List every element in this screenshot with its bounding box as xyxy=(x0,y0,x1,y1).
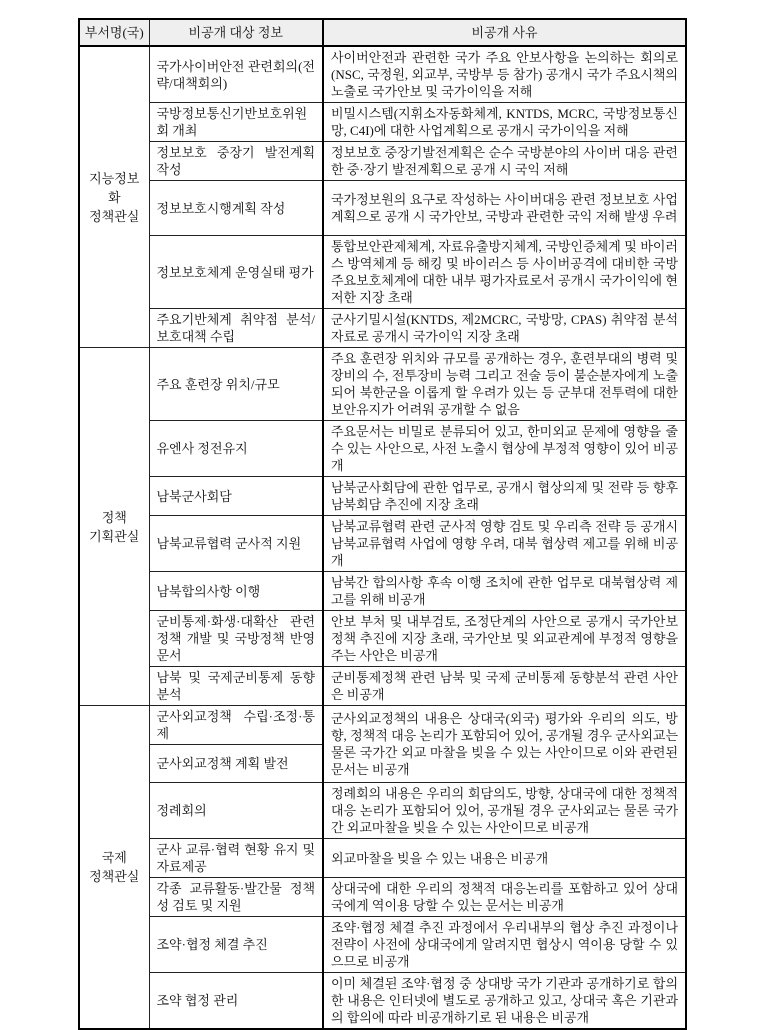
table-row: 남북교류협력 군사적 지원 남북교류협력 관련 군사적 영향 검토 및 우리측 … xyxy=(79,516,686,572)
nondisclosure-table: 부서명(국) 비공개 대상 정보 비공개 사유 지능정보화 정책관실 국가사이버… xyxy=(78,18,687,1030)
table-row: 유엔사 정전유지 주요문서는 비밀로 분류되어 있고, 한미외교 문제에 영향을… xyxy=(79,421,686,477)
reason-cell: 사이버안전과 관련한 국가 주요 안보사항을 논의하는 회의로(NSC, 국정원… xyxy=(323,46,686,103)
info-cell: 주요 훈련장 위치/규모 xyxy=(149,348,323,421)
reason-cell: 군비통제정책 관련 남북 및 국제 군비통제 동향분석 관련 사안은 비공개 xyxy=(323,667,686,706)
reason-cell: 군사외교정책의 내용은 상대국(외국) 평가와 우리의 의도, 방향, 정책적 … xyxy=(323,706,686,783)
info-cell: 남북합의사항 이행 xyxy=(149,572,323,611)
document-page: 부서명(국) 비공개 대상 정보 비공개 사유 지능정보화 정책관실 국가사이버… xyxy=(0,0,763,990)
reason-cell: 상대국에 대한 우리의 정책적 대응논리를 포함하고 있어 상대국에게 역이용 … xyxy=(323,878,686,917)
table-row: 정보보호 중장기 발전계획 작성 정보보호 중장기발전계획은 순수 국방분야의 … xyxy=(79,142,686,181)
info-cell: 주요기반체계 취약점 분석/보호대책 수립 xyxy=(149,309,323,348)
department-cell: 지능정보화 정책관실 xyxy=(79,46,149,348)
reason-cell: 주요문서는 비밀로 분류되어 있고, 한미외교 문제에 영향을 줄 수 있는 사… xyxy=(323,421,686,477)
table-row: 지능정보화 정책관실 국가사이버안전 관련회의(전략/대책회의) 사이버안전과 … xyxy=(79,46,686,103)
table-row: 남북 및 국제군비통제 동향 분석 군비통제정책 관련 남북 및 국제 군비통제… xyxy=(79,667,686,706)
table-row: 군비통제·화생·대확산 관련 정책 개발 및 국방정책 반영 문서 안보 부처 … xyxy=(79,611,686,667)
info-cell: 군사 교류·협력 현황 유지 및 자료제공 xyxy=(149,839,323,878)
reason-cell: 비밀시스템(지휘소자동화체계, KNTDS, MCRC, 국방정보통신망, C4… xyxy=(323,103,686,142)
info-cell: 조약 협정 관리 xyxy=(149,973,323,1030)
table-row: 남북합의사항 이행 남북간 합의사항 후속 이행 조치에 관한 업무로 대북협상… xyxy=(79,572,686,611)
reason-cell: 남북교류협력 관련 군사적 영향 검토 및 우리측 전략 등 공개시 남북교류협… xyxy=(323,516,686,572)
reason-cell: 이미 체결된 조약·협정 중 상대방 국가 기관과 공개하기로 합의한 내용은 … xyxy=(323,973,686,1030)
table-row: 각종 교류활동·발간물 정책성 검토 및 지원 상대국에 대한 우리의 정책적 … xyxy=(79,878,686,917)
info-cell: 각종 교류활동·발간물 정책성 검토 및 지원 xyxy=(149,878,323,917)
col-header-department: 부서명(국) xyxy=(79,19,149,46)
info-cell: 남북 및 국제군비통제 동향 분석 xyxy=(149,667,323,706)
table-header-row: 부서명(국) 비공개 대상 정보 비공개 사유 xyxy=(79,19,686,46)
info-cell: 정례회의 xyxy=(149,783,323,839)
info-cell: 정보보호 중장기 발전계획 작성 xyxy=(149,142,323,181)
table-row: 남북군사회담 남북군사회담에 관한 업무로, 공개시 협상의제 및 전략 등 향… xyxy=(79,477,686,516)
table-row: 정책 기획관실 주요 훈련장 위치/규모 주요 훈련장 위치와 규모를 공개하는… xyxy=(79,348,686,421)
table-row: 주요기반체계 취약점 분석/보호대책 수립 군사기밀시설(KNTDS, 제2MC… xyxy=(79,309,686,348)
info-cell: 정보보호시행계획 작성 xyxy=(149,181,323,236)
table-row: 정례회의 정례회의 내용은 우리의 회담의도, 방향, 상대국에 대한 정책적 … xyxy=(79,783,686,839)
info-cell: 남북교류협력 군사적 지원 xyxy=(149,516,323,572)
reason-cell: 통합보안관제체계, 자료유출방지체계, 국방인증체계 및 바이러스 방역체계 등… xyxy=(323,236,686,309)
reason-cell: 안보 부처 및 내부검토, 조정단계의 사안으로 공개시 국가안보 정책 추진에… xyxy=(323,611,686,667)
reason-cell: 정례회의 내용은 우리의 회담의도, 방향, 상대국에 대한 정책적 대응 논리… xyxy=(323,783,686,839)
info-cell: 정보보호체계 운영실태 평가 xyxy=(149,236,323,309)
info-cell: 국가사이버안전 관련회의(전략/대책회의) xyxy=(149,46,323,103)
table-row: 국제 정책관실 군사외교정책 수립·조정·통제 군사외교정책의 내용은 상대국(… xyxy=(79,706,686,745)
reason-cell: 조약·협정 체결 추진 과정에서 우리내부의 협상 추진 과정이나 전략이 사전… xyxy=(323,917,686,973)
table-row: 조약 협정 관리 이미 체결된 조약·협정 중 상대방 국가 기관과 공개하기로… xyxy=(79,973,686,1030)
table-row: 정보보호체계 운영실태 평가 통합보안관제체계, 자료유출방지체계, 국방인증체… xyxy=(79,236,686,309)
info-cell: 조약·협정 체결 추진 xyxy=(149,917,323,973)
info-cell: 군사외교정책 계획 발전 xyxy=(149,745,323,783)
reason-cell: 남북간 합의사항 후속 이행 조치에 관한 업무로 대북협상력 제고를 위해 비… xyxy=(323,572,686,611)
table-row: 군사 교류·협력 현황 유지 및 자료제공 외교마찰을 빚을 수 있는 내용은 … xyxy=(79,839,686,878)
department-cell: 국제 정책관실 xyxy=(79,706,149,1030)
info-cell: 군사외교정책 수립·조정·통제 xyxy=(149,706,323,745)
col-header-info: 비공개 대상 정보 xyxy=(149,19,323,46)
info-cell: 유엔사 정전유지 xyxy=(149,421,323,477)
reason-cell: 정보보호 중장기발전계획은 순수 국방분야의 사이버 대응 관련한 중·장기 발… xyxy=(323,142,686,181)
reason-cell: 군사기밀시설(KNTDS, 제2MCRC, 국방망, CPAS) 취약점 분석 … xyxy=(323,309,686,348)
reason-cell: 남북군사회담에 관한 업무로, 공개시 협상의제 및 전략 등 향후 남북회담 … xyxy=(323,477,686,516)
reason-cell: 외교마찰을 빚을 수 있는 내용은 비공개 xyxy=(323,839,686,878)
table-row: 정보보호시행계획 작성 국가정보원의 요구로 작성하는 사이버대응 관련 정보보… xyxy=(79,181,686,236)
col-header-reason: 비공개 사유 xyxy=(323,19,686,46)
info-cell: 남북군사회담 xyxy=(149,477,323,516)
reason-cell: 국가정보원의 요구로 작성하는 사이버대응 관련 정보보호 사업계획으로 공개 … xyxy=(323,181,686,236)
info-cell: 국방정보통신기반보호위원회 개최 xyxy=(149,103,323,142)
reason-cell: 주요 훈련장 위치와 규모를 공개하는 경우, 훈련부대의 병력 및 장비의 수… xyxy=(323,348,686,421)
table-row: 조약·협정 체결 추진 조약·협정 체결 추진 과정에서 우리내부의 협상 추진… xyxy=(79,917,686,973)
department-cell: 정책 기획관실 xyxy=(79,348,149,706)
info-cell: 군비통제·화생·대확산 관련 정책 개발 및 국방정책 반영 문서 xyxy=(149,611,323,667)
table-row: 국방정보통신기반보호위원회 개최 비밀시스템(지휘소자동화체계, KNTDS, … xyxy=(79,103,686,142)
